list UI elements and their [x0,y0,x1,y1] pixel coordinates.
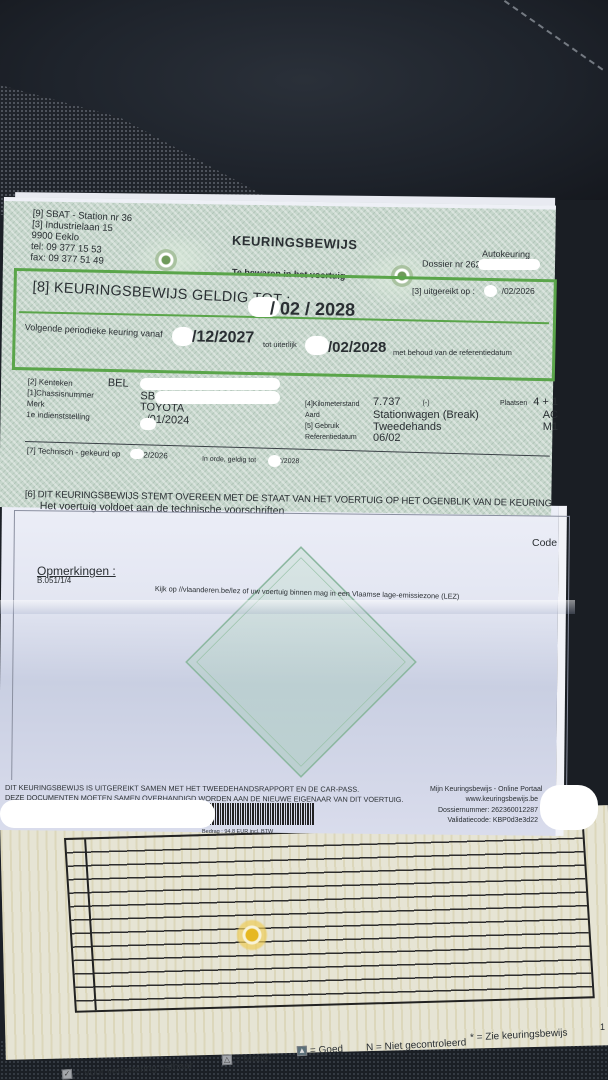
vehicle-category: M1 [478,422,558,434]
reference-date-value: 06/02 [373,433,479,445]
dossier-number: Dossier nr 262 [422,258,481,269]
next-inspection-from: /12/2027 [192,328,255,347]
legend-good-label: = Goed [310,1044,344,1057]
redaction [305,336,329,355]
validation-code: Validatiecode: KBP0d3e3d22 [430,816,538,826]
validity-date: / 02 / 2028 [270,298,355,320]
vehicle-extra: Plaatsen4 + 1 AC M1 [478,397,558,433]
redaction [478,259,540,270]
usage-label: [5] Gebruik [305,421,359,432]
goca-eye-logo-icon [155,249,177,271]
portal-name: Mijn Keuringsbewijs - Online Portaal [430,785,538,795]
body-type-label: Aard [305,410,359,421]
valid-until-label: In orde, geldig tot [202,456,256,464]
table-column-divider [84,839,96,1010]
mileage-unit: (-) [423,400,430,407]
mileage-label: [4]Kilometerstand [305,399,359,410]
redaction [540,785,598,830]
paper-fold [0,600,575,614]
portal-website[interactable]: www.keuringsbewijs.be [430,795,538,805]
remarks-code: B.051/1/4 [37,576,71,585]
checkbox-icon: ✓ [62,1069,73,1080]
vehicle-values-2: 7.737(-) Stationwagen (Break) Tweedehand… [373,397,479,445]
reference-date-label: Referentiedatum [305,432,359,443]
next-inspection-suffix: met behoud van de referentiedatum [393,348,512,357]
redaction [172,327,194,346]
vehicle-labels: [2] Kenteken [1]Chassisnummer Merk 1e in… [26,376,95,423]
station-address: [9] SBAT - Station nr 36 [3] Industriela… [30,208,132,268]
next-inspection-to: /02/2028 [328,339,386,356]
mileage-value: 7.737 [373,396,401,408]
warning-triangle-icon: △ [222,1055,233,1066]
inspection-grid-table [64,823,595,1012]
redaction [0,800,215,828]
price-label: Bedrag : 94,8 EUR incl. BTW [202,829,273,835]
redaction [268,455,281,467]
legend-moderate-label: = Matig [235,1053,269,1066]
next-inspection-to-label: tot uiterlijk [263,340,297,349]
goca-eye-logo-icon [235,918,269,952]
seats-value: 4 + 1 [533,396,558,408]
redaction [140,378,280,390]
online-portal-info: Mijn Keuringsbewijs - Online Portaal www… [430,785,538,826]
redaction [130,449,144,459]
seats-label: Plaatsen [500,400,527,407]
body-code: AC [478,410,558,422]
thumbs-up-icon: ▲ [297,1046,308,1057]
inspection-type: Autokeuring [482,249,530,260]
dossier-number-footer: Dossiernummer: 262360012287 [430,806,538,816]
redaction [155,391,280,404]
body-type-value: Stationwagen (Break) [373,410,479,422]
vehicle-labels-2: [4]Kilometerstand Aard [5] Gebruik Refer… [305,399,359,443]
page-number: 1 [600,1022,605,1032]
redaction [140,418,156,430]
code-header: Code [532,537,557,549]
